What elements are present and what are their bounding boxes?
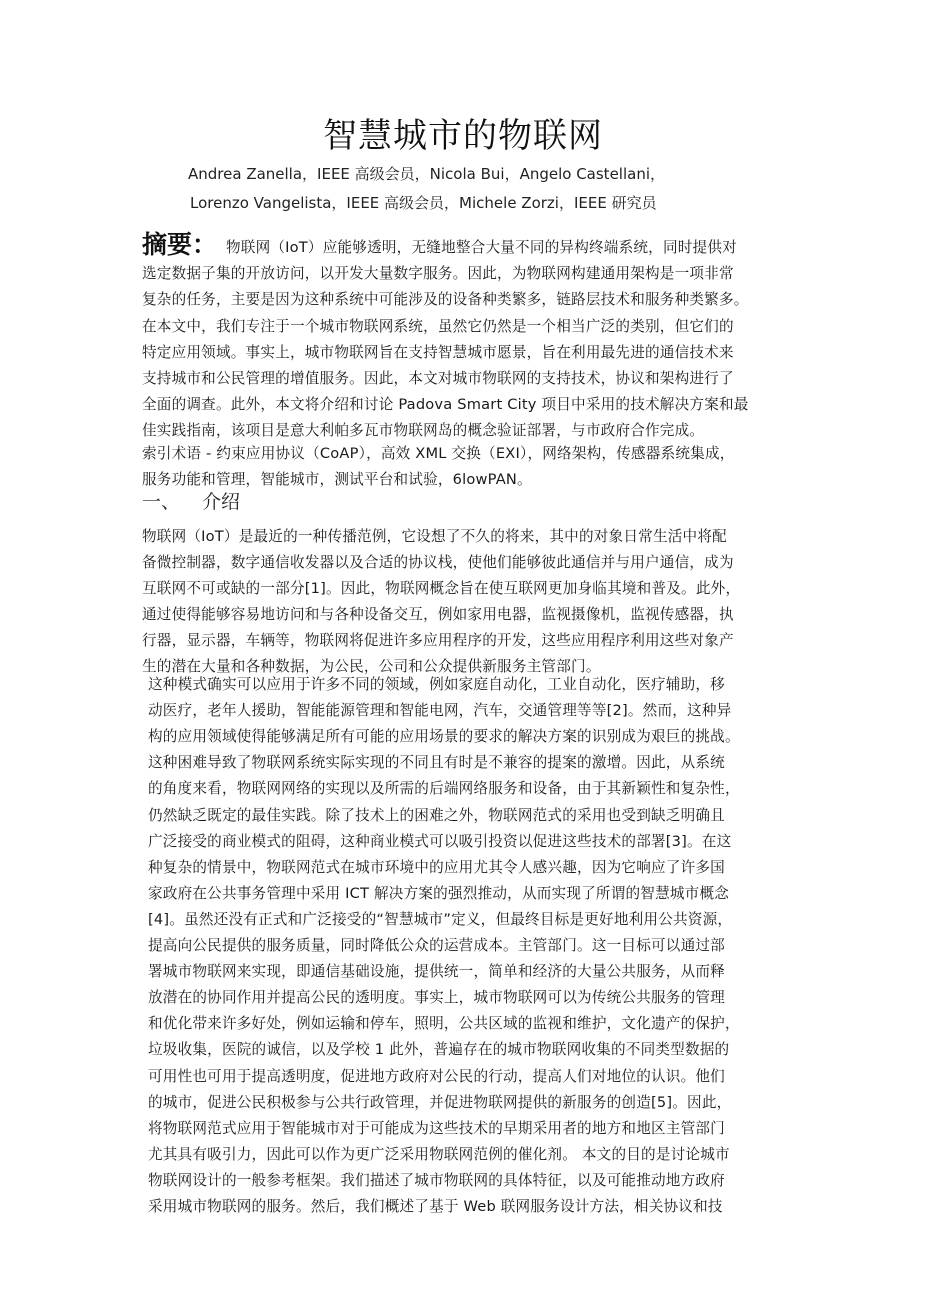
paragraph-line: 提高向公民提供的服务质量，同时降低公众的运营成本。主管部门。这一目标可以通过部 <box>148 936 725 956</box>
paragraph-line: 这种模式确实可以应用于许多不同的领域，例如家庭自动化，工业自动化，医疗辅助，移 <box>148 675 725 695</box>
index-terms-line: 服务功能和管理，智能城市，测试平台和试验，6lowPAN。 <box>142 470 532 490</box>
abstract-heading: 摘要： <box>142 228 217 262</box>
paragraph-line: [4]。虽然还没有正式和广泛接受的“智慧城市”定义，但最终目标是更好地利用公共资… <box>148 910 732 930</box>
paragraph-line: 构的应用领域使得能够满足所有可能的应用场景的要求的解决方案的识别成为艰巨的挑战。 <box>148 727 740 747</box>
abstract-line: 特定应用领域。事实上，城市物联网旨在支持智慧城市愿景，旨在利用最先进的通信技术来 <box>142 343 734 363</box>
abstract-line: 在本文中，我们专注于一个城市物联网系统，虽然它仍然是一个相当广泛的类别，但它们的 <box>142 317 734 337</box>
paragraph-line: 家政府在公共事务管理中采用 ICT 解决方案的强烈推动，从而实现了所谓的智慧城市… <box>148 884 729 904</box>
section-title: 介绍 <box>202 491 240 513</box>
abstract-line: 佳实践指南，该项目是意大利帕多瓦市物联网岛的概念验证部署，与市政府合作完成。 <box>142 421 704 441</box>
paragraph-line: 互联网不可或缺的一部分[1]。因此，物联网概念旨在使互联网更加身临其境和普及。此… <box>142 579 740 599</box>
paragraph-line: 备微控制器，数字通信收发器以及合适的协议栈，使他们能够彼此通信并与用户通信，成为 <box>142 553 734 573</box>
paragraph-line: 垃圾收集，医院的诚信，以及学校 1 此外，普遍存在的城市物联网收集的不同类型数据… <box>148 1040 729 1060</box>
section-number: 一、 <box>142 491 180 513</box>
paragraph-line: 可用性也可用于提高透明度，促进地方政府对公民的行动，提高人们对地位的认识。他们 <box>148 1067 725 1087</box>
paragraph-line: 这种困难导致了物联网系统实际实现的不同且有时是不兼容的提案的激增。因此，从系统 <box>148 753 725 773</box>
paragraph-line: 尤其具有吸引力，因此可以作为更广泛采用物联网范例的催化剂。 本文的目的是讨论城市 <box>148 1145 730 1165</box>
paragraph-line: 通过使得能够容易地访问和与各种设备交互，例如家用电器，监视摄像机，监视传感器，执 <box>142 605 734 625</box>
paragraph-line: 和优化带来许多好处，例如运输和停车，照明，公共区域的监视和维护，文化遗产的保护， <box>148 1014 740 1034</box>
paragraph-line: 将物联网范式应用于智能城市对于可能成为这些技术的早期采用者的地方和地区主管部门 <box>148 1119 725 1139</box>
paragraph-line: 放潜在的协同作用并提高公民的透明度。事实上，城市物联网可以为传统公共服务的管理 <box>148 988 725 1008</box>
paragraph-line: 的角度来看，物联网网络的实现以及所需的后端网络服务和设备，由于其新颖性和复杂性， <box>148 779 740 799</box>
paper-title: 智慧城市的物联网 <box>0 114 926 158</box>
abstract-line: 复杂的任务，主要是因为这种系统中可能涉及的设备种类繁多，链路层技术和服务种类繁多… <box>142 290 749 310</box>
abstract-line: 物联网（IoT）应能够透明，无缝地整合大量不同的异构终端系统，同时提供对 <box>226 238 737 258</box>
paragraph-line: 生的潜在大量和各种数据，为公民，公司和公众提供新服务主管部门。 <box>142 657 601 677</box>
paragraph-line: 物联网（IoT）是最近的一种传播范例，它设想了不久的将来，其中的对象日常生活中将… <box>142 527 727 547</box>
paragraph-line: 种复杂的情景中，物联网范式在城市环境中的应用尤其令人感兴趣，因为它响应了许多国 <box>148 858 725 878</box>
paragraph-line: 采用城市物联网的服务。然后，我们概述了基于 Web 联网服务设计方法，相关协议和… <box>148 1197 723 1217</box>
paragraph-line: 行器，显示器，车辆等，物联网将促进许多应用程序的开发，这些应用程序利用这些对象产 <box>142 631 734 651</box>
author-line-2: Lorenzo Vangelista，IEEE 高级会员，Michele Zor… <box>190 193 657 213</box>
index-terms-line: 索引术语 - 约束应用协议（CoAP），高效 XML 交换（EXI），网络架构，… <box>142 444 735 464</box>
section-heading: 一、介绍 <box>142 489 240 515</box>
abstract-line: 支持城市和公民管理的增值服务。因此，本文对城市物联网的支持技术，协议和架构进行了 <box>142 369 734 389</box>
author-line-1: Andrea Zanella，IEEE 高级会员，Nicola Bui，Ange… <box>188 164 665 184</box>
paragraph-line: 物联网设计的一般参考框架。我们描述了城市物联网的具体特征，以及可能推动地方政府 <box>148 1171 725 1191</box>
paragraph-line: 仍然缺乏既定的最佳实践。除了技术上的困难之外，物联网范式的采用也受到缺乏明确且 <box>148 806 725 826</box>
paragraph-line: 动医疗，老年人援助，智能能源管理和智能电网，汽车，交通管理等等[2]。然而，这种… <box>148 701 731 721</box>
abstract-line: 选定数据子集的开放访问，以开发大量数字服务。因此，为物联网构建通用架构是一项非常 <box>142 264 734 284</box>
paragraph-line: 广泛接受的商业模式的阻碍，这种商业模式可以吸引投资以促进这些技术的部署[3]。在… <box>148 832 731 852</box>
paragraph-line: 署城市物联网来实现，即通信基础设施，提供统一，简单和经济的大量公共服务，从而释 <box>148 962 725 982</box>
paragraph-line: 的城市，促进公民积极参与公共行政管理，并促进物联网提供的新服务的创造[5]。因此… <box>148 1093 731 1113</box>
abstract-line: 全面的调查。此外，本文将介绍和讨论 Padova Smart City 项目中采… <box>142 395 749 415</box>
